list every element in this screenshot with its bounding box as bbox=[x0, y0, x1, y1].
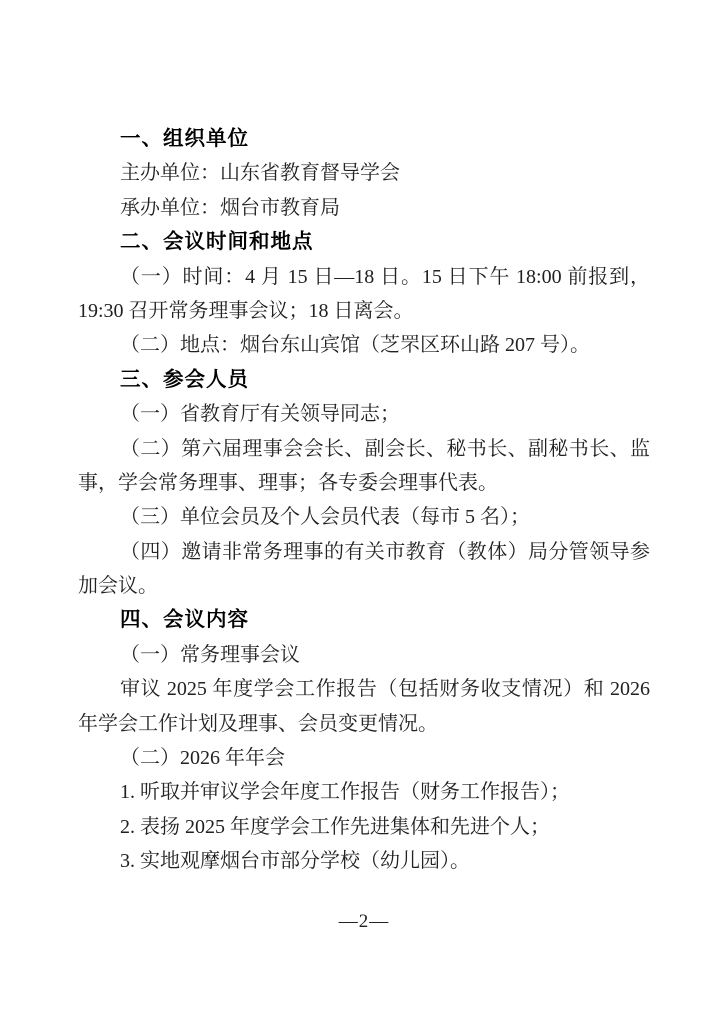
text-line: （二）第六届理事会会长、副会长、秘书长、副秘书长、监 bbox=[78, 432, 650, 466]
text-line: （二）地点：烟台东山宾馆（芝罘区环山路 207 号）。 bbox=[78, 328, 650, 362]
text-line: 2. 表扬 2025 年度学会工作先进集体和先进个人； bbox=[78, 810, 650, 844]
document-body: 一、组织单位主办单位：山东省教育督导学会承办单位：烟台市教育局二、会议时间和地点… bbox=[78, 122, 650, 879]
text-line: （三）单位会员及个人会员代表（每市 5 名）； bbox=[78, 500, 650, 534]
document-page: 一、组织单位主办单位：山东省教育督导学会承办单位：烟台市教育局二、会议时间和地点… bbox=[0, 0, 728, 1028]
text-line: 19:30 召开常务理事会议；18 日离会。 bbox=[78, 294, 650, 328]
text-line: （四）邀请非常务理事的有关市教育（教体）局分管领导参 bbox=[78, 535, 650, 569]
text-line: 主办单位：山东省教育督导学会 bbox=[78, 156, 650, 190]
text-line: （二）2026 年年会 bbox=[78, 741, 650, 775]
section-heading: 三、参会人员 bbox=[78, 363, 650, 397]
page-number: —2— bbox=[0, 905, 728, 939]
text-line: 加会议。 bbox=[78, 569, 650, 603]
section-heading: 四、会议内容 bbox=[78, 603, 650, 637]
text-line: 年学会工作计划及理事、会员变更情况。 bbox=[78, 707, 650, 741]
section-heading: 二、会议时间和地点 bbox=[78, 225, 650, 259]
text-line: 3. 实地观摩烟台市部分学校（幼儿园）。 bbox=[78, 844, 650, 878]
text-line: 事，学会常务理事、理事；各专委会理事代表。 bbox=[78, 466, 650, 500]
text-line: 1. 听取并审议学会年度工作报告（财务工作报告）； bbox=[78, 775, 650, 809]
text-line: 承办单位：烟台市教育局 bbox=[78, 191, 650, 225]
text-line: （一）常务理事会议 bbox=[78, 638, 650, 672]
text-line: （一）省教育厅有关领导同志； bbox=[78, 397, 650, 431]
text-line: （一）时间：4 月 15 日—18 日。15 日下午 18:00 前报到， bbox=[78, 260, 650, 294]
text-line: 审议 2025 年度学会工作报告（包括财务收支情况）和 2026 bbox=[78, 672, 650, 706]
section-heading: 一、组织单位 bbox=[78, 122, 650, 156]
